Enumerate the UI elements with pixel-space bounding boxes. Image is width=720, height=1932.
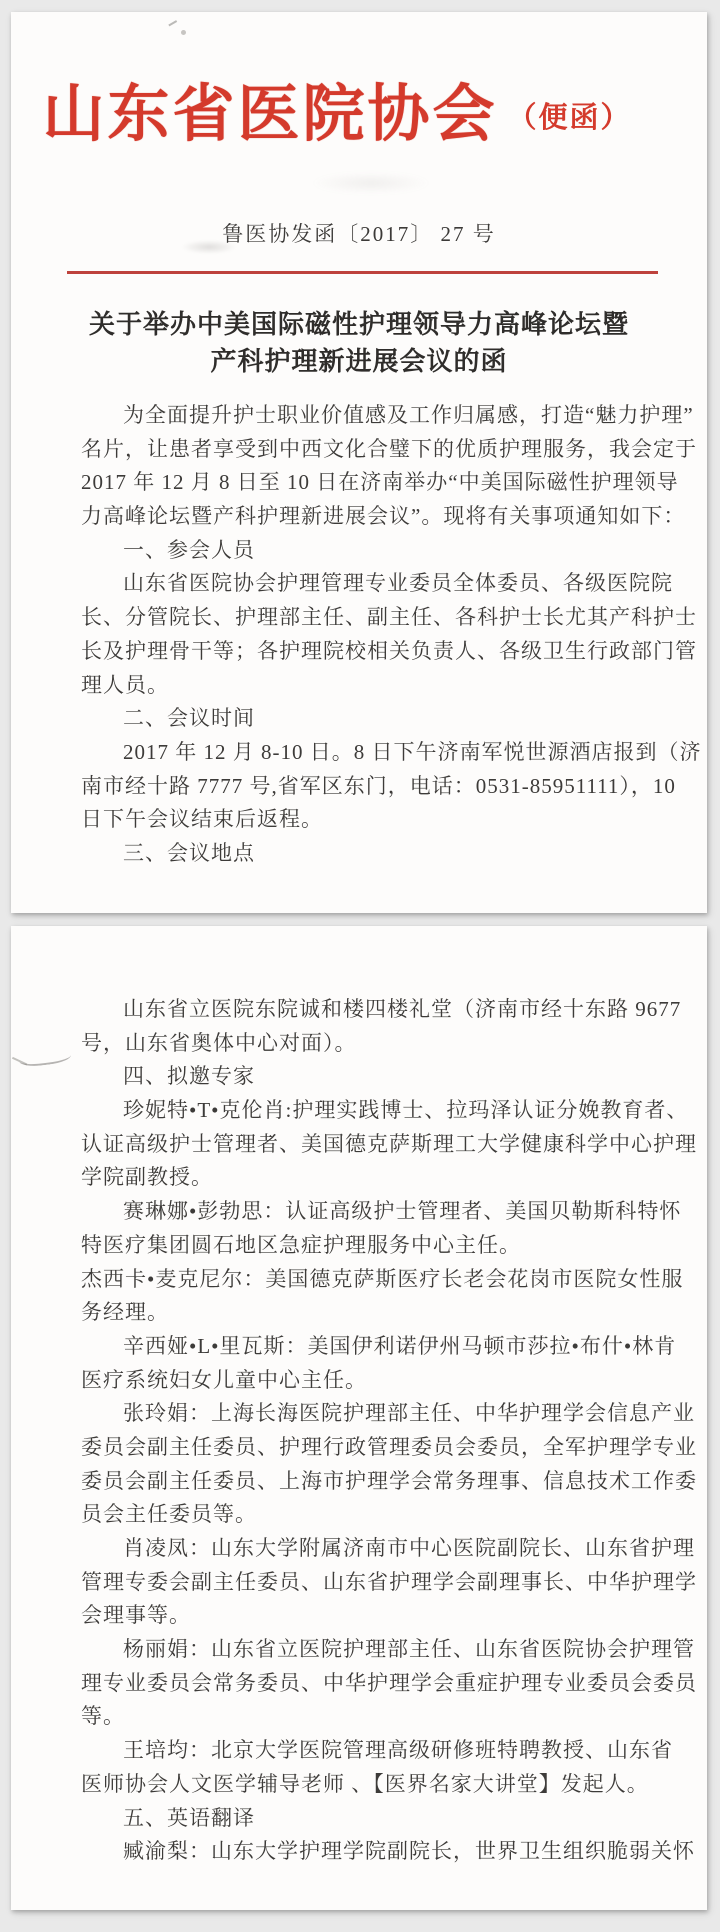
letter-type-label: （便函） xyxy=(508,81,632,136)
text-line: 务经理。 xyxy=(81,1296,661,1330)
document-page-2: 山东省立医院东院诚和楼四楼礼堂（济南市经十东路 9677号，山东省奥体中心对面）… xyxy=(11,926,707,1910)
document-title: 关于举办中美国际磁性护理领导力高峰论坛暨 产科护理新进展会议的函 xyxy=(11,306,707,380)
text-line: 山东省医院协会护理管理专业委员全体委员、各级医院院 xyxy=(81,567,661,601)
document-title-line2: 产科护理新进展会议的函 xyxy=(11,343,707,380)
pencil-mark-artifact xyxy=(181,30,186,35)
pencil-mark-artifact xyxy=(18,1047,71,1068)
text-line: 日下午会议结束后返程。 xyxy=(81,803,661,837)
text-line: 三、会议地点 xyxy=(81,837,661,871)
text-line: 员会主任委员等。 xyxy=(81,1498,661,1532)
organization-name: 山东省医院协会 xyxy=(42,64,497,153)
text-line: 理人员。 xyxy=(81,669,661,703)
pencil-mark-artifact xyxy=(11,1057,28,1068)
text-line: 名片，让患者享受到中西文化合璧下的优质护理服务，我会定于 xyxy=(81,433,661,467)
text-line: 杰西卡•麦克尼尔：美国德克萨斯医疗长老会花岗市医院女性服 xyxy=(81,1263,661,1297)
text-line: 会理事等。 xyxy=(81,1599,661,1633)
text-line: 南市经十路 7777 号,省军区东门，电话：0531-85951111），10 xyxy=(81,770,661,804)
page-2-body-text: 山东省立医院东院诚和楼四楼礼堂（济南市经十东路 9677号，山东省奥体中心对面）… xyxy=(81,993,661,1869)
text-line: 2017 年 12 月 8 日至 10 日在济南举办“中美国际磁性护理领导 xyxy=(81,466,661,500)
text-line: 一、参会人员 xyxy=(81,534,661,568)
scan-smudge-artifact xyxy=(311,172,431,194)
text-line: 号，山东省奥体中心对面）。 xyxy=(81,1027,661,1061)
text-line: 医师协会人文医学辅导老师 、【医界名家大讲堂】发起人。 xyxy=(81,1768,661,1802)
text-line: 学院副教授。 xyxy=(81,1161,661,1195)
text-line: 长、分管院长、护理部主任、副主任、各科护士长尤其产科护士 xyxy=(81,601,661,635)
document-title-line1: 关于举办中美国际磁性护理领导力高峰论坛暨 xyxy=(11,306,707,343)
text-line: 等。 xyxy=(81,1700,661,1734)
document-page-1: 山东省医院协会 （便函） 鲁医协发函〔2017〕 27 号 关于举办中美国际磁性… xyxy=(11,12,707,913)
text-line: 肖凌凤：山东大学附属济南市中心医院副院长、山东省护理 xyxy=(81,1532,661,1566)
text-line: 医疗系统妇女儿童中心主任。 xyxy=(81,1364,661,1398)
red-divider-line xyxy=(67,271,658,274)
text-line: 委员会副主任委员、上海市护理学会常务理事、信息技术工作委 xyxy=(81,1465,661,1499)
text-line: 张玲娟：上海长海医院护理部主任、中华护理学会信息产业 xyxy=(81,1397,661,1431)
text-line: 长及护理骨干等；各护理院校相关负责人、各级卫生行政部门管 xyxy=(81,635,661,669)
scanned-document-view: 山东省医院协会 （便函） 鲁医协发函〔2017〕 27 号 关于举办中美国际磁性… xyxy=(0,0,720,1932)
page-1-body-text: 为全面提升护士职业价值感及工作归属感，打造“魅力护理”名片，让患者享受到中西文化… xyxy=(81,399,661,871)
pencil-mark-artifact xyxy=(168,20,178,29)
text-line: 四、拟邀专家 xyxy=(81,1060,661,1094)
text-line: 五、英语翻译 xyxy=(81,1802,661,1836)
text-line: 臧渝梨：山东大学护理学院副院长，世界卫生组织脆弱关怀 xyxy=(81,1835,661,1869)
text-line: 特医疗集团圆石地区急症护理服务中心主任。 xyxy=(81,1229,661,1263)
letterhead: 山东省医院协会 （便函） xyxy=(0,64,685,153)
text-line: 王培均：北京大学医院管理高级研修班特聘教授、山东省 xyxy=(81,1734,661,1768)
text-line: 2017 年 12 月 8-10 日。8 日下午济南军悦世源酒店报到（济 xyxy=(81,736,661,770)
text-line: 杨丽娟：山东省立医院护理部主任、山东省医院协会护理管 xyxy=(81,1633,661,1667)
text-line: 二、会议时间 xyxy=(81,702,661,736)
text-line: 委员会副主任委员、护理行政管理委员会委员，全军护理学专业 xyxy=(81,1431,661,1465)
text-line: 认证高级护士管理者、美国德克萨斯理工大学健康科学中心护理 xyxy=(81,1128,661,1162)
text-line: 辛西娅•L•里瓦斯：美国伊利诺伊州马顿市莎拉•布什•林肯 xyxy=(81,1330,661,1364)
text-line: 管理专委会副主任委员、山东省护理学会副理事长、中华护理学 xyxy=(81,1566,661,1600)
text-line: 赛琳娜•彭勃思：认证高级护士管理者、美国贝勒斯科特怀 xyxy=(81,1195,661,1229)
document-number: 鲁医协发函〔2017〕 27 号 xyxy=(11,218,707,248)
text-line: 理专业委员会常务委员、中华护理学会重症护理专业委员会委员 xyxy=(81,1667,661,1701)
text-line: 珍妮特•T•克伦肖:护理实践博士、拉玛泽认证分娩教育者、 xyxy=(81,1094,661,1128)
text-line: 为全面提升护士职业价值感及工作归属感，打造“魅力护理” xyxy=(81,399,661,433)
text-line: 山东省立医院东院诚和楼四楼礼堂（济南市经十东路 9677 xyxy=(81,993,661,1027)
text-line: 力高峰论坛暨产科护理新进展会议”。现将有关事项通知如下： xyxy=(81,500,661,534)
